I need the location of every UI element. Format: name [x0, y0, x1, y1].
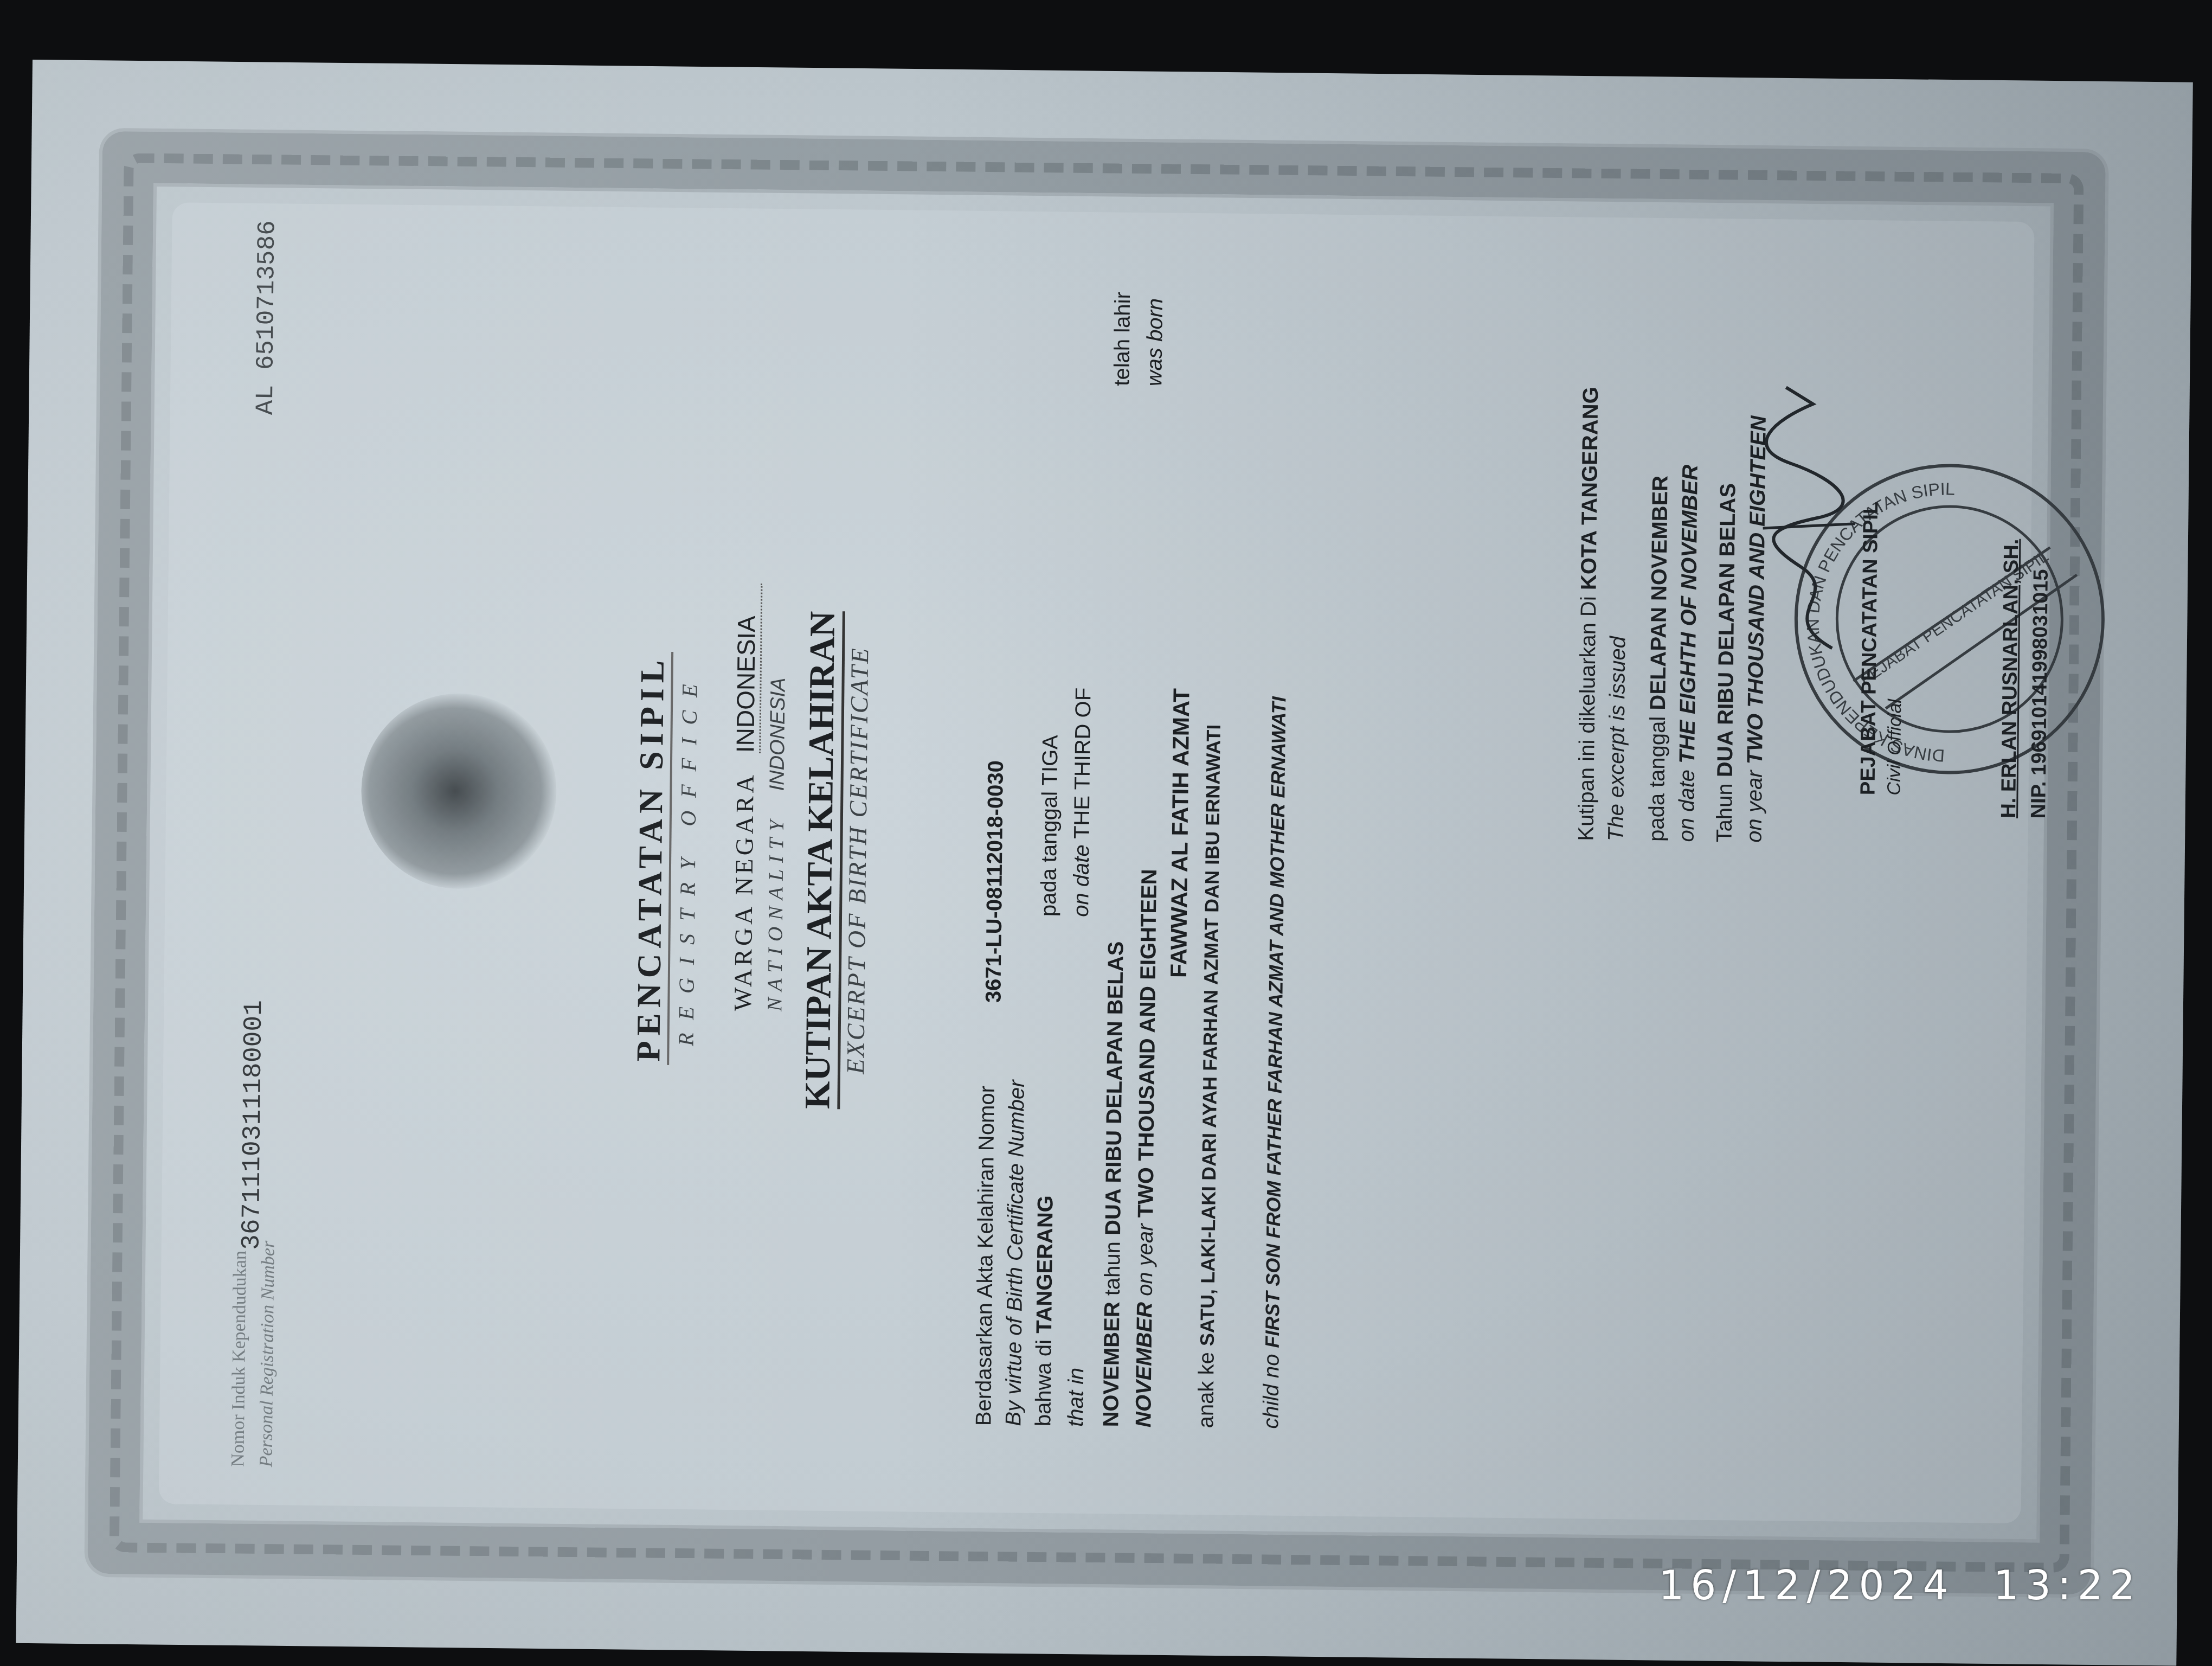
issued-date-value-en: THE EIGHTH OF NOVEMBER	[1675, 464, 1702, 764]
date-label-id: pada tanggal	[1037, 791, 1062, 917]
serial-number: AL 6510713586	[251, 220, 281, 414]
year-label-id: tahun	[1100, 1241, 1124, 1296]
header-title-id: PENCATATAN SIPIL	[630, 651, 673, 1065]
issued-year-label-id: Tahun	[1712, 783, 1737, 842]
nationality-row-en: NATIONALITY INDONESIA	[763, 677, 790, 1011]
nationality-label-id: WARGA NEGARA	[729, 773, 759, 1011]
official-title: PEJABAT PENCATATAN SIPIL	[1857, 501, 1881, 795]
place-value: TANGERANG	[1032, 1195, 1058, 1333]
personal-number-label-id: Nomor Induk Kependudukan	[228, 1250, 250, 1466]
born-label-id: telah lahir	[1111, 291, 1134, 386]
signature	[1751, 376, 1862, 659]
issued-label-en: The excerpt is issued	[1605, 636, 1629, 841]
born-label-en: was born	[1143, 298, 1166, 386]
year-value-id: DUA RIBU DELAPAN BELAS	[1101, 941, 1128, 1235]
date-row-en: on date THE THIRD OF	[1070, 687, 1094, 917]
year-row-en: NOVEMBER on year TWO THOUSAND AND EIGHTE…	[1133, 869, 1160, 1427]
child-order-label-en: child no	[1259, 1354, 1283, 1428]
issued-date-label-id: pada tanggal	[1644, 716, 1669, 842]
date-value-en: THE THIRD OF	[1070, 687, 1095, 839]
issued-place: KOTA TANGERANG	[1577, 387, 1603, 590]
official-nip: NIP. 196910141998031015	[2028, 569, 2052, 818]
nationality-value-id: INDONESIA	[731, 582, 762, 753]
garuda-emblem-icon	[360, 692, 557, 889]
document-title-id: KUTIPAN AKTA KELAHIRAN	[798, 611, 845, 1109]
issued-year-value-id: DUA RIBU DELAPAN BELAS	[1713, 483, 1740, 777]
birth-certificate: Nomor Induk Kependudukan Personal Regist…	[16, 60, 2192, 1666]
official-name: H. ERLAN RUSNARLAN, SH.	[1998, 539, 2022, 818]
child-order-label-id: anak ke	[1194, 1351, 1218, 1428]
nationality-row-id: WARGA NEGARA INDONESIA	[728, 582, 761, 1011]
issued-year-label-en: on year	[1742, 770, 1766, 843]
certificate-paper: Nomor Induk Kependudukan Personal Regist…	[16, 60, 2192, 1666]
issued-year-row-id: Tahun DUA RIBU DELAPAN BELAS	[1713, 483, 1739, 842]
place-row: bahwa di TANGERANG	[1032, 1195, 1056, 1426]
place-label-id: bahwa di	[1031, 1339, 1056, 1426]
photo-timestamp: 16/12/2024 13:22	[1658, 1562, 2142, 1609]
issued-date-value-id: DELAPAN NOVEMBER	[1646, 475, 1673, 710]
year-value-en: TWO THOUSAND AND EIGHTEEN	[1134, 869, 1161, 1218]
issued-label-id: Kutipan ini dikeluarkan Di	[1574, 596, 1600, 841]
personal-number-value: 3671110311180001	[237, 999, 269, 1249]
cert-label-id: Berdasarkan Akta Kelahiran Nomor	[973, 1085, 998, 1425]
issued-date-label-en: on date	[1674, 769, 1699, 842]
nationality-label-en: NATIONALITY	[763, 813, 788, 1011]
issued-date-row-id: pada tanggal DELAPAN NOVEMBER	[1645, 475, 1671, 841]
date-value-id: TIGA	[1038, 734, 1062, 785]
cert-label-en: By virtue of Birth Certificate Number	[1002, 1080, 1028, 1426]
date-row-id: pada tanggal TIGA	[1038, 734, 1062, 916]
year-row-id: NOVEMBER tahun DUA RIBU DELAPAN BELAS	[1100, 941, 1127, 1427]
month-value-en: NOVEMBER	[1131, 1302, 1156, 1427]
place-label-en: that in	[1065, 1367, 1087, 1426]
date-label-en: on date	[1069, 844, 1094, 917]
child-name: FAWWAZ AL FATIH AZMAT	[1167, 688, 1193, 978]
issued-row-id: Kutipan ini dikeluarkan Di KOTA TANGERAN…	[1575, 387, 1602, 841]
official-title-en: Civil Official	[1885, 699, 1904, 795]
issued-date-row-en: on date THE EIGHTH OF NOVEMBER	[1675, 464, 1701, 842]
personal-number-label-en: Personal Registration Number	[252, 1240, 282, 1467]
month-value-id: NOVEMBER	[1099, 1302, 1124, 1427]
nationality-value-en: INDONESIA	[766, 677, 789, 791]
cert-number: 3671-LU-08112018-0030	[982, 760, 1007, 1002]
personal-number-label: Nomor Induk Kependudukan Personal Regist…	[224, 1240, 282, 1467]
year-label-en: on year	[1133, 1223, 1157, 1296]
